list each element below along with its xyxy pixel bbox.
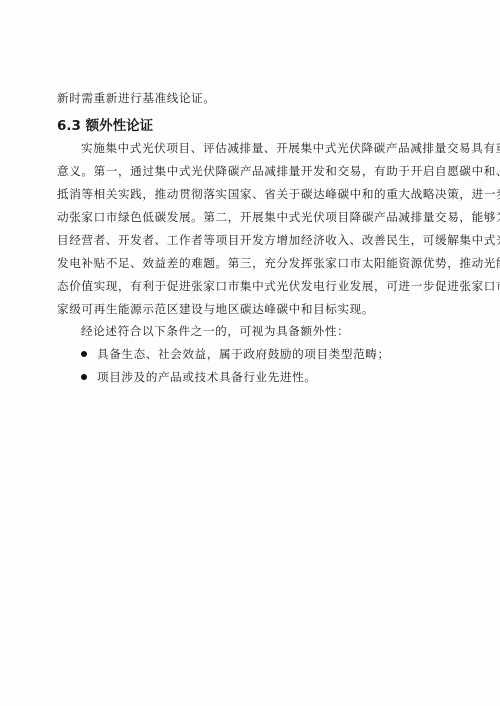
intro-line: 新时需重新进行基准线论证。 — [57, 90, 216, 106]
paragraph-line: 实施集中式光伏项目、评估减排量、开展集中式光伏降碳产品减排量交易具有重要 — [81, 140, 500, 156]
document-page: 新时需重新进行基准线论证。 6.3 额外性论证 实施集中式光伏项目、评估减排量、… — [0, 0, 500, 706]
paragraph-line: 态价值实现，有利于促进张家口市集中式光伏发电行业发展，可进一步促进张家口市国 — [57, 278, 500, 294]
bullet-dot-icon — [81, 374, 87, 380]
bullet-dot-icon — [81, 351, 87, 357]
paragraph-line: 发电补贴不足、效益差的难题。第三，充分发挥张家口市太阳能资源优势，推动光能生 — [57, 255, 500, 271]
paragraph-line: 目经营者、开发者、工作者等项目开发方增加经济收入、改善民生，可缓解集中式光伏 — [57, 232, 500, 248]
bullet-item: 项目涉及的产品或技术具备行业先进性。 — [81, 369, 317, 385]
paragraph-line: 动张家口市绿色低碳发展。第二，开展集中式光伏项目降碳产品减排量交易，能够为项 — [57, 209, 500, 225]
paragraph-line: 抵消等相关实践，推动贯彻落实国家、省关于碳达峰碳中和的重大战略决策，进一步推 — [57, 186, 500, 202]
section-heading-6-3: 6.3 额外性论证 — [57, 114, 153, 134]
conditions-intro: 经论述符合以下条件之一的，可视为具备额外性： — [81, 323, 349, 339]
bullet-item: 具备生态、社会效益，属于政府鼓励的项目类型范畴； — [81, 346, 390, 362]
paragraph-line: 意义。第一，通过集中式光伏降碳产品减排量开发和交易，有助于开启自愿碳中和、碳 — [57, 163, 500, 179]
paragraph-line: 家级可再生能源示范区建设与地区碳达峰碳中和目标实现。 — [57, 301, 374, 317]
